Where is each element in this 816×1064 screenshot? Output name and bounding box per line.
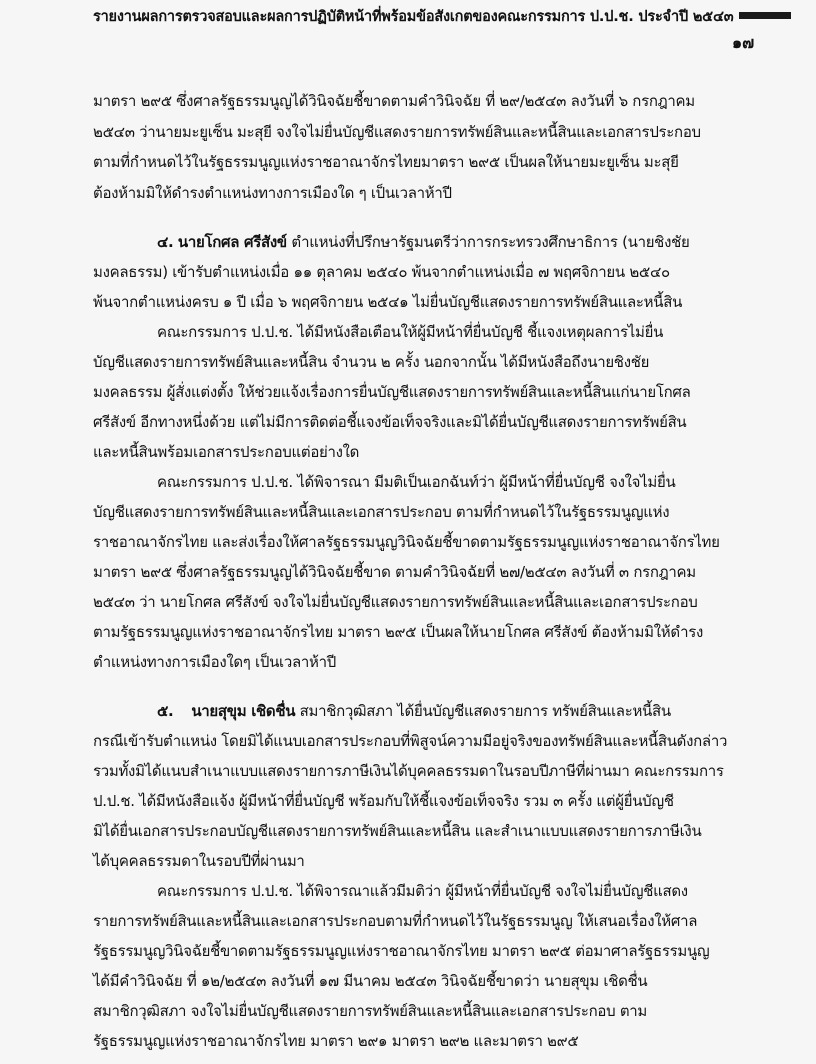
text-line: มงคลธรรม) เข้ารับตำแหน่งเมื่อ ๑๑ ตุลาคม … [93,262,670,282]
text-line: ต้องห้ามมิให้ดำรงตำแหน่งทางการเมืองใด ๆ … [93,183,452,203]
text-line: ศรีสังข์ อีกทางหนึ่งด้วย แต่ไม่มีการติดต… [93,412,686,432]
text-line: ได้มีคำวินิจฉัย ที่ ๑๒/๒๕๔๓ ลงวันที่ ๑๗ … [93,971,647,991]
text-line: ๒๕๔๓ ว่านายมะยูเซ็น มะสุยี จงใจไม่ยื่นบั… [93,122,701,142]
text-line: คณะกรรมการ ป.ป.ช. ได้มีหนังสือเตือนให้ผู… [157,322,663,342]
text-line: สมาชิกวุฒิสภา จงใจไม่ยื่นบัญชีแสดงรายการ… [93,1001,647,1021]
text-line: กรณีเข้ารับตำแหน่ง โดยมิได้แนบเอกสารประก… [93,731,727,751]
text-line: ๒๕๔๓ ว่า นายโกศล ศรีสังข์ จงใจไม่ยื่นบัญ… [93,592,698,612]
header-redaction-bar [739,12,791,19]
text-line: ตำแหน่งทางการเมืองใดๆ เป็นเวลาห้าปี [93,652,336,672]
case-5-number: ๕. [157,702,173,720]
case-4-position: ตำแหน่งที่ปรึกษารัฐมนตรีว่าการกระทรวงศึก… [287,233,690,251]
text-line: พ้นจากตำแหน่งครบ ๑ ปี เมื่อ ๖ พฤศจิกายน … [93,292,682,312]
text-line: รวมทั้งมิได้แนบสำเนาแบบแสดงรายการภาษีเงิ… [93,761,724,781]
case-5-position: สมาชิกวุฒิสภา ได้ยื่นบัญชีแสดงรายการ ทรั… [295,702,671,720]
document-page: รายงานผลการตรวจสอบและผลการปฏิบัติหน้าที่… [0,0,816,1064]
text-line: มาตรา ๒๙๕ ซึ่งศาลรัฐธรรมนูญได้วินิจฉัยชี… [93,562,696,582]
case-4-number: ๔. [157,233,173,251]
text-line: มิได้ยื่นเอกสารประกอบบัญชีแสดงรายการทรัพ… [93,821,701,841]
text-line: คณะกรรมการ ป.ป.ช. ได้พิจารณาแล้วมีมติว่า… [157,881,688,901]
text-line: รัฐธรรมนูญแห่งราชอาณาจักรไทย มาตรา ๒๙๑ ม… [93,1031,578,1051]
text-line: มงคลธรรม ผู้สั่งแต่งตั้ง ให้ช่วยแจ้งเรื่… [93,382,690,402]
text-line: รัฐธรรมนูญวินิจฉัยชี้ขาดตามรัฐธรรมนูญแห่… [93,941,709,961]
case-5-heading-line: ๕. นายสุขุม เชิดชื่น สมาชิกวุฒิสภา ได้ยื… [157,701,671,721]
case-5-name: นายสุขุม เชิดชื่น [191,702,295,720]
text-line: และหนี้สินพร้อมเอกสารประกอบแต่อย่างใด [93,442,359,462]
case-4-name: นายโกศล ศรีสังข์ [178,233,287,251]
page-number: ๑๗ [732,33,754,53]
report-title: รายงานผลการตรวจสอบและผลการปฏิบัติหน้าที่… [93,9,733,25]
text-line: ราชอาณาจักรไทย และส่งเรื่องให้ศาลรัฐธรรม… [93,532,720,552]
text-line: มาตรา ๒๙๕ ซึ่งศาลรัฐธรรมนูญได้วินิจฉัยชี… [93,91,695,111]
text-line: บัญชีแสดงรายการทรัพย์สินและหนี้สินและเอก… [93,502,669,522]
text-line: คณะกรรมการ ป.ป.ช. ได้พิจารณา มีมติเป็นเอ… [157,472,675,492]
running-header: รายงานผลการตรวจสอบและผลการปฏิบัติหน้าที่… [93,7,791,27]
text-line: ป.ป.ช. ได้มีหนังสือแจ้ง ผู้มีหน้าที่ยื่น… [93,791,674,811]
case-4-heading-line: ๔. นายโกศล ศรีสังข์ ตำแหน่งที่ปรึกษารัฐม… [157,232,689,252]
text-line: ได้บุคคลธรรมดาในรอบปีที่ผ่านมา [93,851,305,871]
text-line: บัญชีแสดงรายการทรัพย์สินและหนี้สิน จำนวน… [93,352,649,372]
text-line: ตามที่กำหนดไว้ในรัฐธรรมนูญแห่งราชอาณาจัก… [93,152,679,172]
text-line: ตามรัฐธรรมนูญแห่งราชอาณาจักรไทย มาตรา ๒๙… [93,622,703,642]
text-line: รายการทรัพย์สินและหนี้สินและเอกสารประกอบ… [93,911,697,931]
